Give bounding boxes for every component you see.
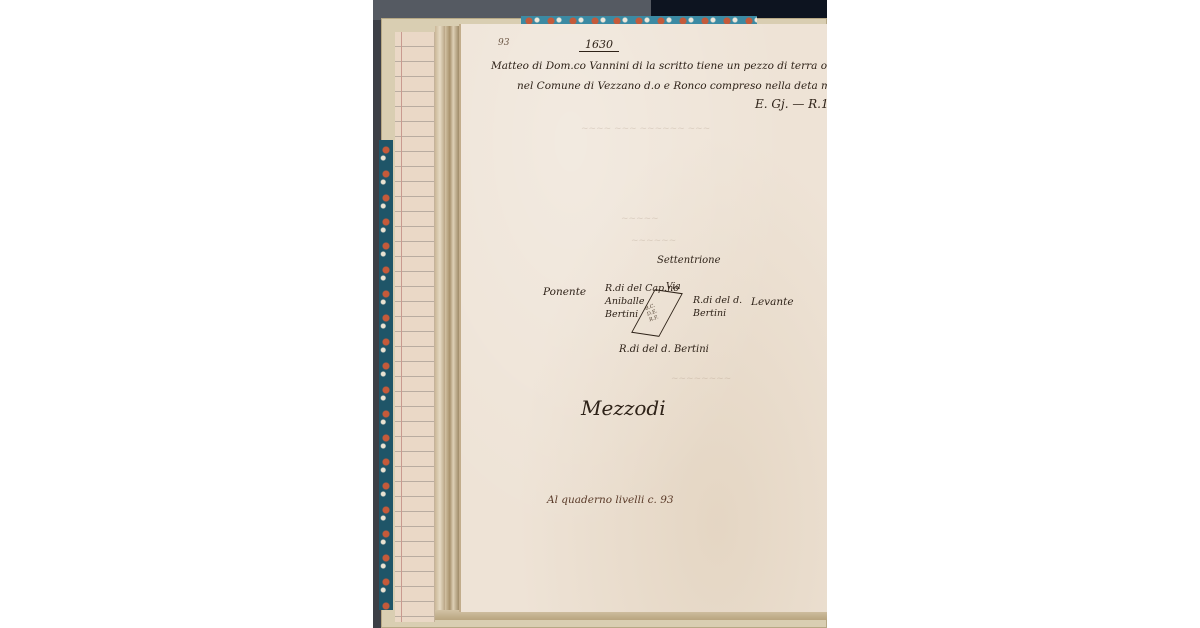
compass-north-label: Settentrione — [657, 255, 721, 266]
page-stack-edge — [435, 26, 445, 616]
border-east-line: Bertini — [693, 307, 742, 320]
heading-line-1-text: Matteo di Dom.co Vannini di la scritto t… — [491, 60, 827, 72]
year-heading: 1630 — [579, 38, 619, 52]
heading-line-3: E. Gj. — R.16 — [755, 97, 827, 111]
compass-west-label: Ponente — [543, 286, 586, 298]
ledger-margin-line — [401, 32, 402, 622]
compass-east-label: Levante — [751, 296, 794, 308]
show-through-text: ~~~~~~ — [631, 236, 676, 246]
marbled-paper-spine — [379, 140, 393, 610]
scanned-manuscript: ~~~~ ~~~ ~~~~~~ ~~~ ~~~~~ ~~~~~~ ~~~~~~~… — [373, 0, 827, 628]
heading-line-1: Matteo di Dom.co Vannini di la scritto t… — [491, 60, 827, 72]
border-south-label: R.di del d. Bertini — [619, 344, 709, 355]
footer-cross-reference: Al quaderno livelli c. 93 — [547, 494, 674, 506]
heading-line-2: nel Comune di Vezzano d.o e Ronco compre… — [517, 80, 827, 92]
show-through-text: ~~~~~~~~ — [671, 374, 731, 384]
border-east-label: R.di del d. Bertini — [693, 294, 742, 320]
folio-number: 93 — [498, 38, 509, 48]
show-through-text: ~~~~ ~~~ ~~~~~~ ~~~ — [581, 124, 710, 134]
page-stack-edge — [445, 26, 453, 616]
compass-south-label: Mezzodi — [581, 396, 666, 420]
show-through-text: ~~~~~ — [621, 214, 659, 224]
border-east-line: R.di del d. — [693, 294, 742, 307]
manuscript-page: ~~~~ ~~~ ~~~~~~ ~~~ ~~~~~ ~~~~~~ ~~~~~~~… — [459, 24, 827, 612]
